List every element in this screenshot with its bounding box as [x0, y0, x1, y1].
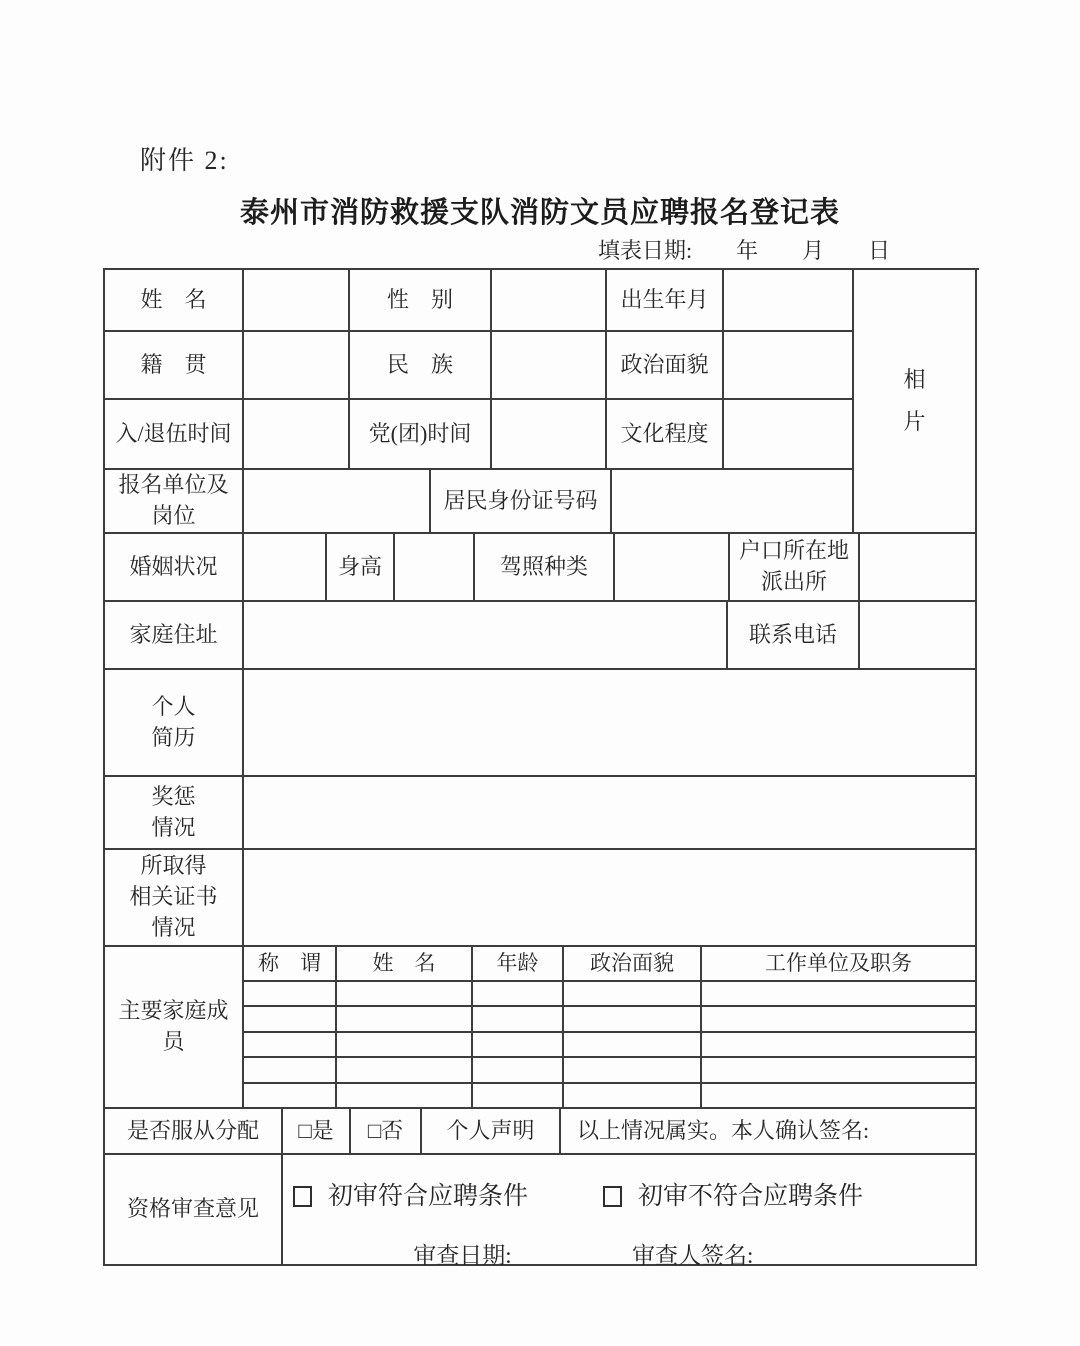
family-cell-political: [564, 1033, 702, 1058]
form-title: 泰州市消防救援支队消防文员应聘报名登记表: [0, 190, 1080, 231]
checkbox-icon: [603, 1186, 622, 1207]
review-date-label: 审查日期:: [293, 1240, 632, 1272]
field-value-name: [244, 270, 350, 332]
review-pass-label: 初审符合应聘条件: [328, 1179, 528, 1214]
family-cell-relation: [244, 982, 337, 1007]
field-value-enlist-time: [244, 400, 350, 470]
field-label-enlist-time: 入/退伍时间: [105, 400, 244, 470]
field-value-apply-unit: [244, 470, 431, 534]
field-value-marital-status: [244, 534, 327, 602]
fill-date-day: 日: [868, 234, 890, 265]
row-marital-status: 婚姻状况 身高 驾照种类 户口所在地 派出所: [105, 534, 977, 602]
family-cell-relation: [244, 1007, 337, 1032]
family-header-name: 姓 名: [337, 947, 473, 982]
field-label-police-station: 户口所在地 派出所: [730, 534, 860, 602]
field-value-birth-date: [724, 270, 854, 332]
declaration-text: 以上情况属实。本人确认签名:: [561, 1109, 977, 1155]
family-empty-row: [244, 1033, 977, 1058]
qualification-review-content: 初审符合应聘条件 初审不符合应聘条件 审查日期: 审查人签名:: [283, 1155, 977, 1266]
family-empty-row: [244, 1058, 977, 1083]
family-cell-age: [473, 982, 564, 1007]
field-label-political-status: 政治面貌: [607, 332, 724, 400]
row-certificates: 所取得 相关证书 情况: [105, 850, 977, 947]
field-label-education: 文化程度: [607, 400, 724, 470]
fill-date-label: 填表日期:: [598, 234, 692, 265]
row-obey-assignment: 是否服从分配 □是 □否 个人声明 以上情况属实。本人确认签名:: [105, 1109, 977, 1155]
field-label-obey-assignment: 是否服从分配: [105, 1109, 283, 1155]
fill-date-year: 年: [736, 234, 758, 265]
field-value-education: [724, 400, 854, 470]
family-cell-political: [564, 1084, 702, 1109]
family-empty-row: [244, 1007, 977, 1032]
family-header-workplace: 工作单位及职务: [702, 947, 977, 982]
field-label-phone: 联系电话: [728, 602, 860, 670]
row-native-place: 籍 贯 民 族 政治面貌: [105, 332, 977, 400]
field-value-native-place: [244, 332, 350, 400]
field-label-apply-unit: 报名单位及 岗位: [105, 470, 244, 534]
family-cell-workplace: [702, 1033, 977, 1058]
field-label-resume: 个人 简历: [105, 670, 244, 777]
review-signature-row: 审查日期: 审查人签名:: [293, 1240, 975, 1272]
field-label-id-number: 居民身份证号码: [431, 470, 612, 534]
row-resume: 个人 简历: [105, 670, 977, 777]
field-value-gender: [492, 270, 607, 332]
family-header-age: 年龄: [473, 947, 564, 982]
attachment-label: 附件 2:: [140, 140, 229, 177]
family-cell-workplace: [702, 1007, 977, 1032]
field-label-family-members: 主要家庭成 员: [105, 947, 244, 1109]
field-label-birth-date: 出生年月: [607, 270, 724, 332]
field-label-home-address: 家庭住址: [105, 602, 244, 670]
family-cell-political: [564, 1007, 702, 1032]
field-label-native-place: 籍 贯: [105, 332, 244, 400]
field-value-home-address: [244, 602, 728, 670]
family-members-section: 主要家庭成 员 称 谓 姓 名 年龄 政治面貌 工作单位及职务: [105, 947, 977, 1109]
field-value-certificates: [244, 850, 977, 947]
row-apply-unit: 报名单位及 岗位 居民身份证号码: [105, 470, 977, 534]
row-name: 姓 名 性 别 出生年月: [105, 270, 977, 332]
photo-cell: 相 片: [854, 270, 977, 534]
field-label-rewards: 奖惩 情况: [105, 777, 244, 850]
family-cell-age: [473, 1007, 564, 1032]
review-option-pass: 初审符合应聘条件: [293, 1179, 603, 1214]
checkbox-icon: [293, 1186, 312, 1207]
row-home-address: 家庭住址 联系电话: [105, 602, 977, 670]
family-cell-relation: [244, 1058, 337, 1083]
family-cell-name: [337, 982, 473, 1007]
row-rewards: 奖惩 情况: [105, 777, 977, 850]
review-options-row: 初审符合应聘条件 初审不符合应聘条件: [293, 1179, 975, 1214]
family-cell-age: [473, 1084, 564, 1109]
family-cell-age: [473, 1033, 564, 1058]
field-value-height: [395, 534, 475, 602]
registration-table: 姓 名 性 别 出生年月 籍 贯 民 族 政治面貌 入/退伍时间 党(团)时间 …: [103, 268, 979, 1266]
reviewer-signature-label: 审查人签名:: [632, 1240, 753, 1272]
field-value-ethnicity: [492, 332, 607, 400]
field-value-party-time: [492, 400, 607, 470]
family-header-political: 政治面貌: [564, 947, 702, 982]
family-empty-row: [244, 982, 977, 1007]
family-cell-workplace: [702, 1058, 977, 1083]
family-cell-political: [564, 1058, 702, 1083]
family-cell-workplace: [702, 982, 977, 1007]
fill-date-line: 填表日期: 年 月 日: [598, 234, 890, 265]
row-enlist-time: 入/退伍时间 党(团)时间 文化程度: [105, 400, 977, 470]
field-label-ethnicity: 民 族: [350, 332, 492, 400]
form-page: 附件 2: 泰州市消防救援支队消防文员应聘报名登记表 填表日期: 年 月 日 姓…: [0, 0, 1080, 1346]
family-cell-age: [473, 1058, 564, 1083]
review-fail-label: 初审不符合应聘条件: [638, 1179, 863, 1214]
field-label-certificates: 所取得 相关证书 情况: [105, 850, 244, 947]
family-cell-name: [337, 1084, 473, 1109]
checkbox-option-yes: □是: [283, 1109, 351, 1155]
family-cell-name: [337, 1058, 473, 1083]
family-empty-row: [244, 1084, 977, 1109]
field-value-resume: [244, 670, 977, 777]
field-value-police-station: [860, 534, 977, 602]
family-cell-name: [337, 1007, 473, 1032]
field-label-license-type: 驾照种类: [475, 534, 615, 602]
field-label-height: 身高: [327, 534, 395, 602]
family-header-relation: 称 谓: [244, 947, 337, 982]
field-value-id-number: [612, 470, 854, 534]
family-cell-political: [564, 982, 702, 1007]
field-value-rewards: [244, 777, 977, 850]
family-cell-workplace: [702, 1084, 977, 1109]
checkbox-option-no: □否: [351, 1109, 422, 1155]
fill-date-month: 月: [802, 234, 824, 265]
field-label-personal-statement: 个人声明: [422, 1109, 561, 1155]
row-qualification-review: 资格审查意见 初审符合应聘条件 初审不符合应聘条件 审查日期: 审查人签名:: [105, 1155, 977, 1266]
family-cell-relation: [244, 1084, 337, 1109]
family-cell-name: [337, 1033, 473, 1058]
family-cell-relation: [244, 1033, 337, 1058]
field-value-political-status: [724, 332, 854, 400]
family-members-grid: 称 谓 姓 名 年龄 政治面貌 工作单位及职务: [244, 947, 977, 1109]
field-label-marital-status: 婚姻状况: [105, 534, 244, 602]
field-value-phone: [860, 602, 977, 670]
field-label-qualification-review: 资格审查意见: [105, 1155, 283, 1266]
field-label-name: 姓 名: [105, 270, 244, 332]
field-label-gender: 性 别: [350, 270, 492, 332]
family-header-row: 称 谓 姓 名 年龄 政治面貌 工作单位及职务: [244, 947, 977, 982]
field-value-license-type: [615, 534, 730, 602]
field-label-party-time: 党(团)时间: [350, 400, 492, 470]
review-option-fail: 初审不符合应聘条件: [603, 1179, 863, 1214]
